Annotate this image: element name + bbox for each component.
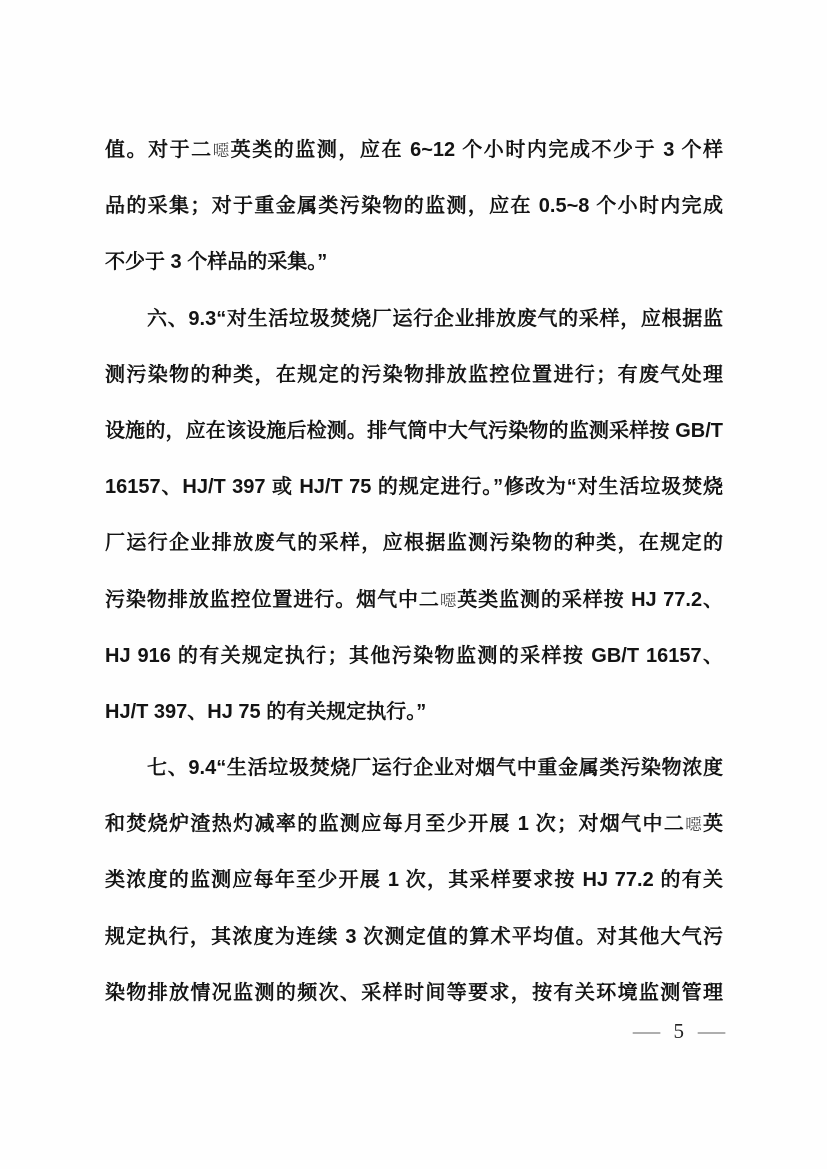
footer-left-dash: — <box>632 1019 659 1044</box>
text-line: 设施的，应在该设施后检测。排气筒中大气污染物的监测采样按 GB/T <box>105 403 723 459</box>
text-line: 测污染物的种类，在规定的污染物排放监控位置进行；有废气处理 <box>105 347 723 403</box>
text-line: 16157、HJ/T 397 或 HJ/T 75 的规定进行。”修改为“对生活垃… <box>105 459 723 515</box>
fallback-cjk-glyph: 噁 <box>213 142 231 160</box>
text-line: 六、9.3“对生活垃圾焚烧厂运行企业排放废气的采样，应根据监 <box>105 291 723 347</box>
text-line: 值。对于二噁英类的监测，应在 6~12 个小时内完成不少于 3 个样 <box>105 122 723 178</box>
text-line: 类浓度的监测应每年至少开展 1 次，其采样要求按 HJ 77.2 的有关 <box>105 852 723 908</box>
fallback-cjk-glyph: 噁 <box>440 592 457 610</box>
document-body: 值。对于二噁英类的监测，应在 6~12 个小时内完成不少于 3 个样品的采集；对… <box>105 122 723 1021</box>
page-number: 5 <box>674 1019 685 1044</box>
text-line: HJ 916 的有关规定执行；其他污染物监测的采样按 GB/T 16157、 <box>105 628 723 684</box>
text-line: 和焚烧炉渣热灼减率的监测应每月至少开展 1 次；对烟气中二噁英 <box>105 796 723 852</box>
document-page: 值。对于二噁英类的监测，应在 6~12 个小时内完成不少于 3 个样品的采集；对… <box>0 0 827 1169</box>
page-footer: — 5 — <box>636 1019 723 1044</box>
text-line: 不少于 3 个样品的采集。” <box>105 234 723 290</box>
fallback-cjk-glyph: 噁 <box>685 816 703 834</box>
text-line: 污染物排放监控位置进行。烟气中二噁英类监测的采样按 HJ 77.2、 <box>105 572 723 628</box>
text-line: 厂运行企业排放废气的采样，应根据监测污染物的种类，在规定的 <box>105 515 723 571</box>
text-line: 品的采集；对于重金属类污染物的监测，应在 0.5~8 个小时内完成 <box>105 178 723 234</box>
text-line: 七、9.4“生活垃圾焚烧厂运行企业对烟气中重金属类污染物浓度 <box>105 740 723 796</box>
footer-right-dash: — <box>698 1019 725 1044</box>
text-line: 规定执行，其浓度为连续 3 次测定值的算术平均值。对其他大气污 <box>105 909 723 965</box>
text-line: 染物排放情况监测的频次、采样时间等要求，按有关环境监测管理 <box>105 965 723 1021</box>
text-line: HJ/T 397、HJ 75 的有关规定执行。” <box>105 684 723 740</box>
